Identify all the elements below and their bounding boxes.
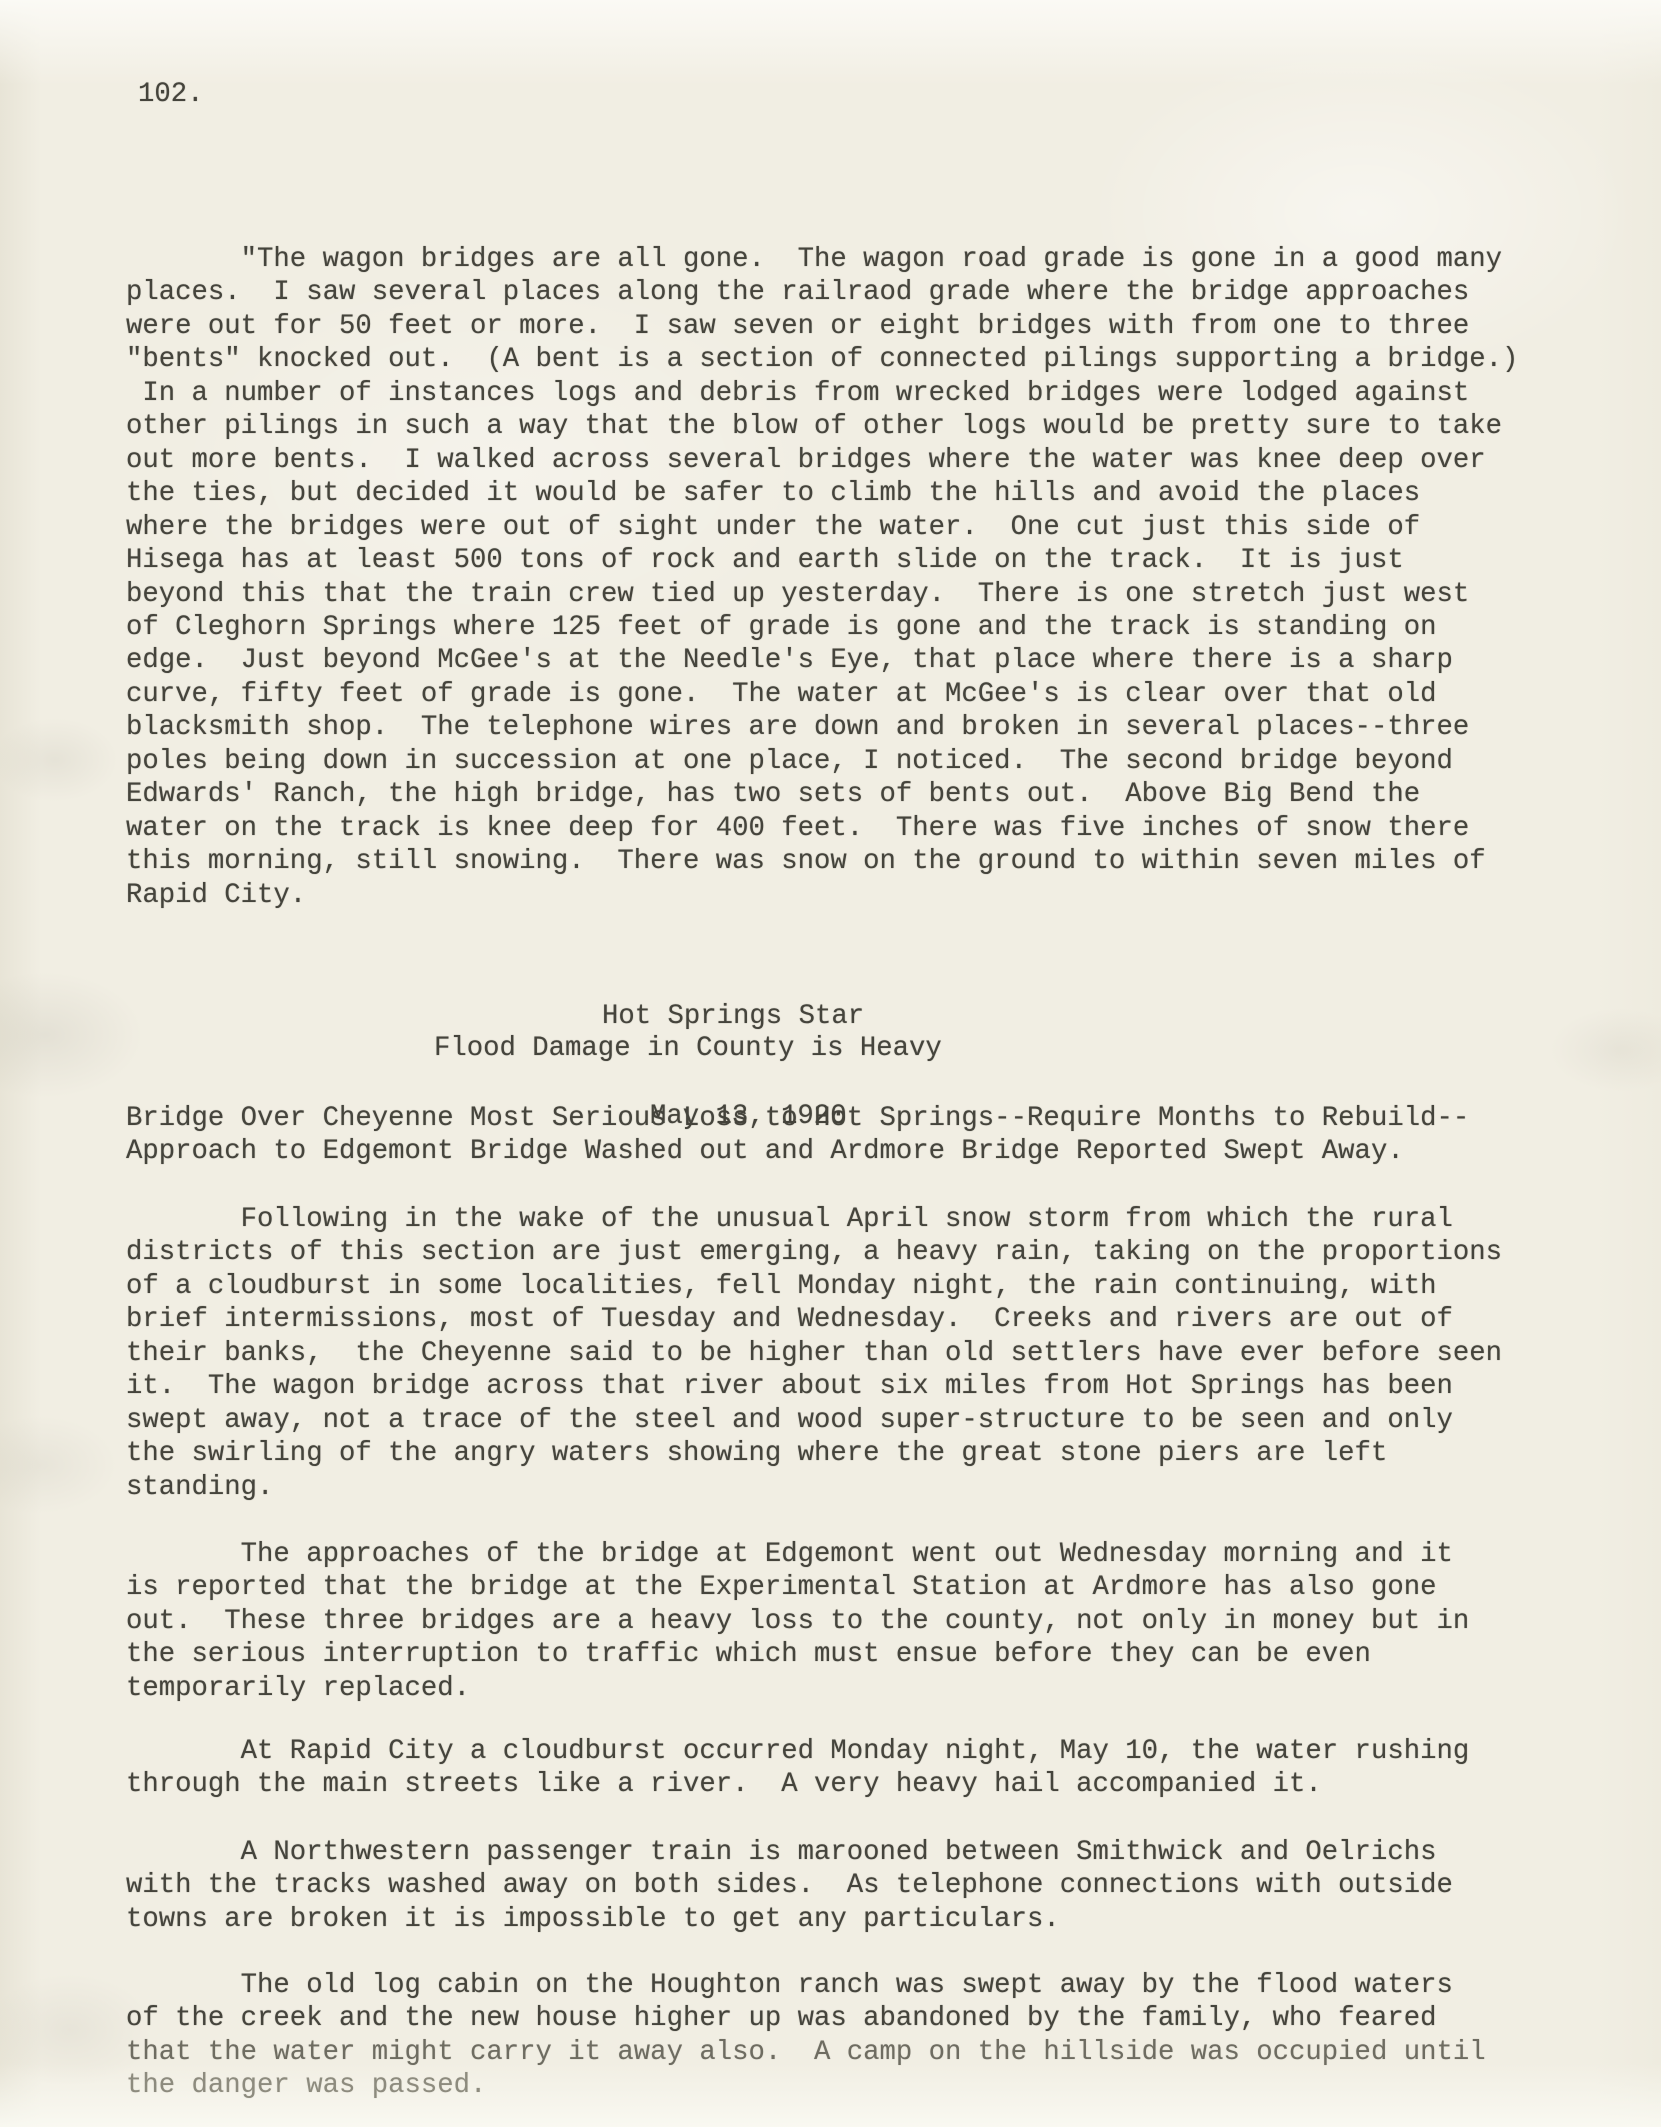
page-number: 102.	[138, 78, 204, 111]
text-line: this morning, still snowing. There was s…	[126, 845, 1518, 878]
paragraph-houghton-ranch: The old log cabin on the Houghton ranch …	[126, 1969, 1486, 2103]
text-line: of the creek and the new house higher up…	[126, 2002, 1486, 2035]
text-line: poles being down in succession at one pl…	[126, 745, 1518, 778]
text-line: districts of this section are just emerg…	[126, 1236, 1502, 1269]
text-line: Rapid City.	[126, 879, 1518, 912]
text-line: "The wagon bridges are all gone. The wag…	[126, 243, 1518, 276]
article-subhead: Bridge Over Cheyenne Most Serious Loss t…	[126, 1102, 1469, 1169]
text-line: Hisega has at least 500 tons of rock and…	[126, 544, 1518, 577]
text-line: In a number of instances logs and debris…	[126, 377, 1518, 410]
paragraph-marooned-train: A Northwestern passenger train is maroon…	[126, 1836, 1453, 1936]
text-line: Following in the wake of the unusual Apr…	[126, 1203, 1502, 1236]
text-line: of Cleghorn Springs where 125 feet of gr…	[126, 611, 1518, 644]
text-line: through the main streets like a river. A…	[126, 1768, 1469, 1801]
text-line: Bridge Over Cheyenne Most Serious Loss t…	[126, 1102, 1469, 1135]
text-line: with the tracks washed away on both side…	[126, 1869, 1453, 1902]
text-line: where the bridges were out of sight unde…	[126, 511, 1518, 544]
text-line: their banks, the Cheyenne said to be hig…	[126, 1337, 1502, 1370]
text-line: the danger was passed.	[126, 2069, 1486, 2102]
text-line: swept away, not a trace of the steel and…	[126, 1404, 1502, 1437]
quoted-report-paragraph: "The wagon bridges are all gone. The wag…	[126, 243, 1518, 912]
text-line: The approaches of the bridge at Edgemont…	[126, 1538, 1469, 1571]
text-line: water on the track is knee deep for 400 …	[126, 812, 1518, 845]
text-line: A Northwestern passenger train is maroon…	[126, 1836, 1453, 1869]
paragraph-flood-overview: Following in the wake of the unusual Apr…	[126, 1203, 1502, 1504]
text-line: edge. Just beyond McGee's at the Needle'…	[126, 644, 1518, 677]
text-line: out more bents. I walked across several …	[126, 444, 1518, 477]
text-line: other pilings in such a way that the blo…	[126, 410, 1518, 443]
text-line: standing.	[126, 1471, 1502, 1504]
text-line: Approach to Edgemont Bridge Washed out a…	[126, 1135, 1469, 1168]
text-line: At Rapid City a cloudburst occurred Mond…	[126, 1735, 1469, 1768]
text-line: the serious interruption to traffic whic…	[126, 1638, 1469, 1671]
paragraph-bridge-losses: The approaches of the bridge at Edgemont…	[126, 1538, 1469, 1705]
text-line: curve, fifty feet of grade is gone. The …	[126, 678, 1518, 711]
text-line: towns are broken it is impossible to get…	[126, 1903, 1453, 1936]
text-line: places. I saw several places along the r…	[126, 276, 1518, 309]
text-line: blacksmith shop. The telephone wires are…	[126, 711, 1518, 744]
text-line: were out for 50 feet or more. I saw seve…	[126, 310, 1518, 343]
text-line: the ties, but decided it would be safer …	[126, 477, 1518, 510]
text-line: Edwards' Ranch, the high bridge, has two…	[126, 778, 1518, 811]
text-line: it. The wagon bridge across that river a…	[126, 1370, 1502, 1403]
text-line: that the water might carry it away also.…	[126, 2036, 1486, 2069]
text-line: beyond this that the train crew tied up …	[126, 578, 1518, 611]
text-line: the swirling of the angry waters showing…	[126, 1437, 1502, 1470]
text-line: The old log cabin on the Houghton ranch …	[126, 1969, 1486, 2002]
scanned-typewritten-page: 102. "The wagon bridges are all gone. Th…	[0, 0, 1661, 2127]
text-line: temporarily replaced.	[126, 1672, 1469, 1705]
article-headline: Flood Damage in County is Heavy	[434, 1032, 942, 1065]
text-line: of a cloudburst in some localities, fell…	[126, 1270, 1502, 1303]
text-line: is reported that the bridge at the Exper…	[126, 1571, 1469, 1604]
paragraph-rapid-city-cloudburst: At Rapid City a cloudburst occurred Mond…	[126, 1735, 1469, 1802]
text-line: out. These three bridges are a heavy los…	[126, 1605, 1469, 1638]
text-line: brief intermissions, most of Tuesday and…	[126, 1303, 1502, 1336]
newspaper-name: Hot Springs Star	[0, 1000, 1661, 1033]
text-line: "bents" knocked out. (A bent is a sectio…	[126, 343, 1518, 376]
